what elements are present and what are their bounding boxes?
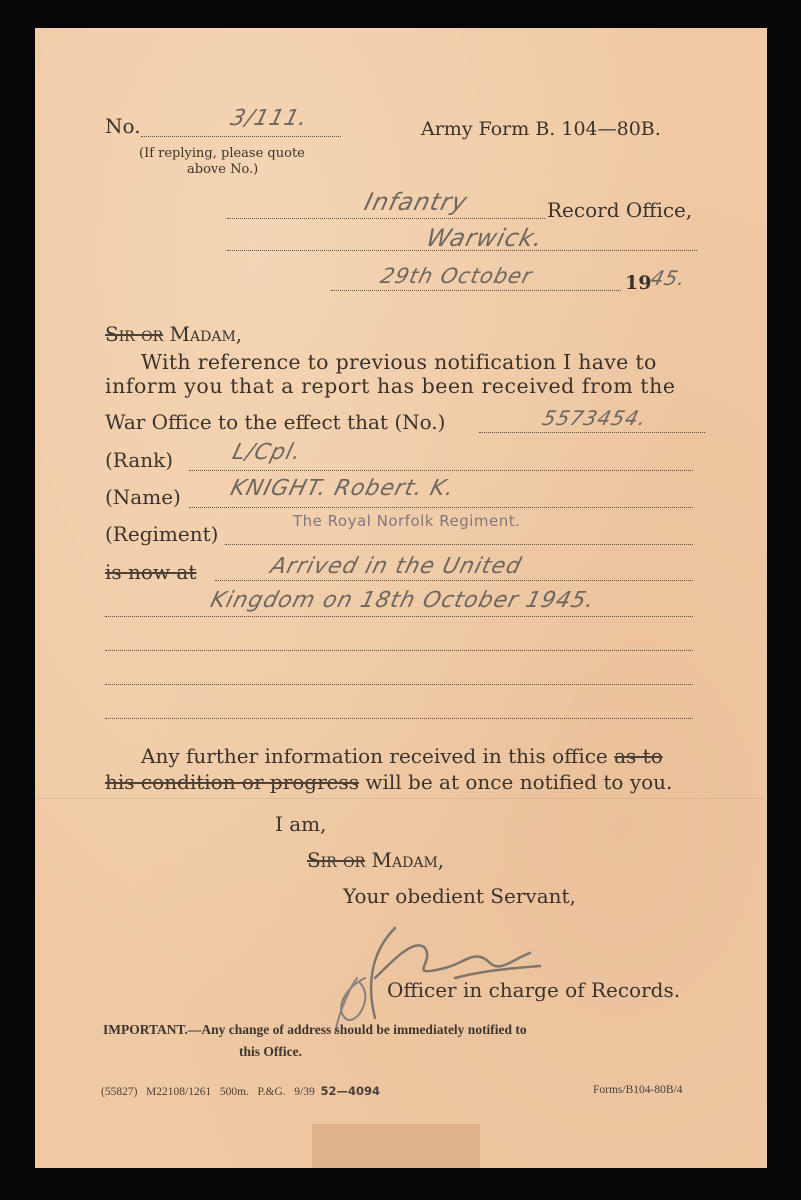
paragraph1-line1: With reference to previous notification … <box>141 350 657 374</box>
paragraph2-line2-text: will be at once notified to you. <box>365 770 672 794</box>
regiment-dotted-line <box>225 544 693 545</box>
paragraph1-line2: inform you that a report has been receiv… <box>105 374 676 398</box>
tape-residue <box>312 1124 480 1168</box>
salutation: Sir or Madam, <box>105 322 242 346</box>
regiment-stamp: The Royal Norfolk Regiment. <box>293 512 520 530</box>
closing-i-am: I am, <box>275 812 327 836</box>
paragraph1-line3: War Office to the effect that (No.) <box>105 410 445 434</box>
year-handwritten: 45. <box>648 266 689 290</box>
paragraph2-line1-text: Any further information received in this… <box>141 744 608 768</box>
paragraph2-line1-struck: as to <box>614 744 663 768</box>
service-number-dotted-line <box>479 432 705 433</box>
print-codes: (55827) M22108/1261 500m. P.&G. 9/39 52—… <box>101 1084 380 1098</box>
year-prefix: 19 <box>625 272 651 294</box>
status-dotted-line-4 <box>105 684 693 685</box>
paragraph2-line1: Any further information received in this… <box>141 744 663 768</box>
form-title: Army Form B. 104—80B. <box>421 118 661 140</box>
rank-dotted-line <box>189 470 693 471</box>
paragraph2-line2: his condition or progress will be at onc… <box>105 770 672 794</box>
print-code-bold: 52—4094 <box>320 1084 380 1098</box>
date-dotted-line <box>331 290 621 291</box>
date-handwritten: 29th October <box>378 264 535 288</box>
print-codes-text: (55827) M22108/1261 500m. P.&G. 9/39 <box>101 1086 315 1098</box>
service-number-handwritten: 5573454. <box>540 406 649 430</box>
status-dotted-line-3 <box>105 650 693 651</box>
forms-reference: Forms/B104-80B/4 <box>593 1084 682 1096</box>
important-note: IMPORTANT.—Any change of address should … <box>103 1022 527 1038</box>
location-handwritten: Warwick. <box>424 224 547 252</box>
rank-handwritten: L/Cpl. <box>230 440 304 465</box>
paragraph2-line2-struck: his condition or progress <box>105 770 359 794</box>
number-handwritten: 3/111. <box>228 106 311 131</box>
office-dotted-line <box>227 218 545 219</box>
status-label-struck: is now at <box>105 560 196 584</box>
regiment-label: (Regiment) <box>105 522 218 546</box>
number-dotted-line <box>141 136 341 137</box>
name-handwritten: KNIGHT. Robert. K. <box>228 476 457 501</box>
status-handwritten-line2: Kingdom on 18th October 1945. <box>208 588 598 613</box>
important-text-line2: this Office. <box>239 1044 302 1060</box>
record-office-label: Record Office, <box>547 198 692 222</box>
rank-label: (Rank) <box>105 448 173 472</box>
army-form-document: No. 3/111. (If replying, please quote ab… <box>35 28 767 1168</box>
number-label: No. <box>105 114 141 138</box>
signature-scribble-icon <box>305 908 585 1038</box>
for-mark: for <box>325 976 330 977</box>
salutation-madam: Madam, <box>170 322 243 346</box>
reply-note-line1: (If replying, please quote <box>139 146 305 161</box>
status-dotted-line-2 <box>105 616 693 617</box>
office-handwritten: Infantry <box>362 188 471 216</box>
important-label: IMPORTANT. <box>103 1022 188 1037</box>
fold-crease <box>35 798 767 799</box>
status-dotted-line-1 <box>215 580 693 581</box>
reply-note-line2: above No.) <box>187 162 258 177</box>
signature-text: J. Banks Lt. <box>385 928 403 929</box>
status-dotted-line-5 <box>105 718 693 719</box>
name-dotted-line <box>189 507 693 508</box>
officer-title: Officer in charge of Records. <box>387 978 680 1002</box>
name-label: (Name) <box>105 485 181 509</box>
closing-servant: Your obedient Servant, <box>343 884 576 908</box>
closing-sir-struck: Sir or <box>307 848 365 872</box>
status-handwritten-line1: Arrived in the United <box>268 554 524 579</box>
closing-madam: Madam, <box>372 848 445 872</box>
important-text: —Any change of address should be immedia… <box>188 1022 527 1037</box>
closing-salutation: Sir or Madam, <box>307 848 444 872</box>
salutation-struck: Sir or <box>105 322 163 346</box>
